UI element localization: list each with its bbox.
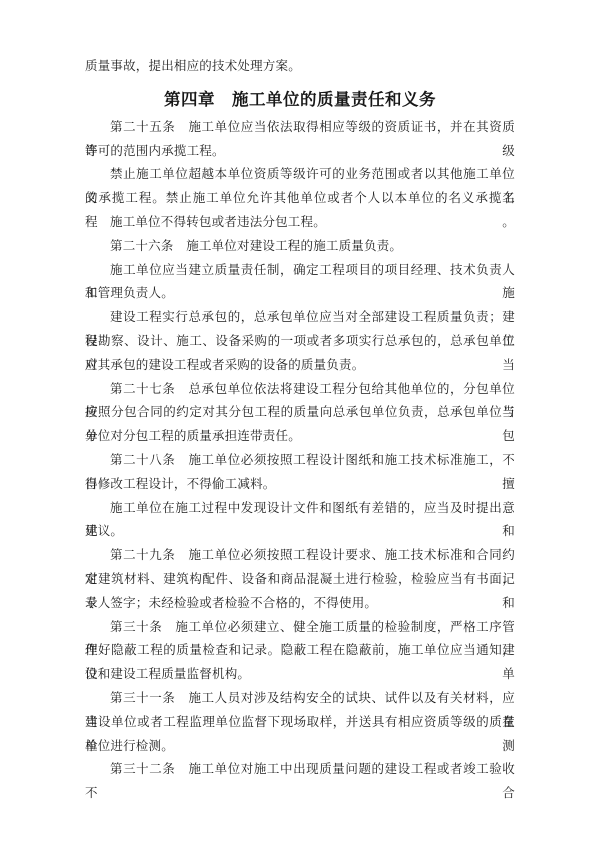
body-line-article-25: 第二十五条 施工单位应当依法取得相应等级的资质证书，并在其资质等级 [85,116,515,140]
body-line: 程勘察、设计、施工、设备采购的一项或者多项实行总承包的，总承包单位应当 [85,330,515,354]
body-line-article-28: 第二十八条 施工单位必须按照工程设计图纸和施工技术标准施工，不得擅 [85,449,515,473]
body-line: 施工单位应当建立质量责任制，确定工程项目的项目经理、技术负责人和施 [85,259,515,283]
body-line: 建设单位或者工程监理单位监督下现场取样，并送具有相应资质等级的质量检测 [85,711,515,735]
body-line-article-29: 第二十九条 施工单位必须按照工程设计要求、施工技术标准和合同约定， [85,544,515,568]
intro-continuation-line: 质量事故，提出相应的技术处理方案。 [85,55,515,79]
body-line: 施工单位在施工过程中发现设计文件和图纸有差错的，应当及时提出意见和 [85,497,515,521]
body-line-article-26: 第二十六条 施工单位对建设工程的施工质量负责。 [85,235,515,259]
body-line: 作好隐蔽工程的质量检查和记录。隐蔽工程在隐蔽前，施工单位应当通知建设单 [85,639,515,663]
document-page: 质量事故，提出相应的技术处理方案。 第四章 施工单位的质量责任和义务 第二十五条… [0,0,600,848]
body-line: 禁止施工单位超越本单位资质等级许可的业务范围或者以其他施工单位的名 [85,163,515,187]
body-line: 对建筑材料、建筑构配件、设备和商品混凝土进行检验，检验应当有书面记录和 [85,568,515,592]
body-line-article-31: 第三十一条 施工人员对涉及结构安全的试块、试件以及有关材料，应当在 [85,687,515,711]
body-line: 按照分包合同的约定对其分包工程的质量向总承包单位负责，总承包单位与分包 [85,401,515,425]
body-line-article-32: 第三十二条 施工单位对施工中出现质量问题的建设工程或者竣工验收不合 [85,758,515,782]
body-line-article-30: 第三十条 施工单位必须建立、健全施工质量的检验制度，严格工序管理， [85,616,515,640]
body-line: 建设工程实行总承包的，总承包单位应当对全部建设工程质量负责；建设工 [85,306,515,330]
chapter-heading: 第四章 施工单位的质量责任和义务 [85,87,515,113]
body-line-article-27: 第二十七条 总承包单位依法将建设工程分包给其他单位的，分包单位应当 [85,378,515,402]
body-line: 义承揽工程。禁止施工单位允许其他单位或者个人以本单位的名义承揽工程。 [85,187,515,211]
